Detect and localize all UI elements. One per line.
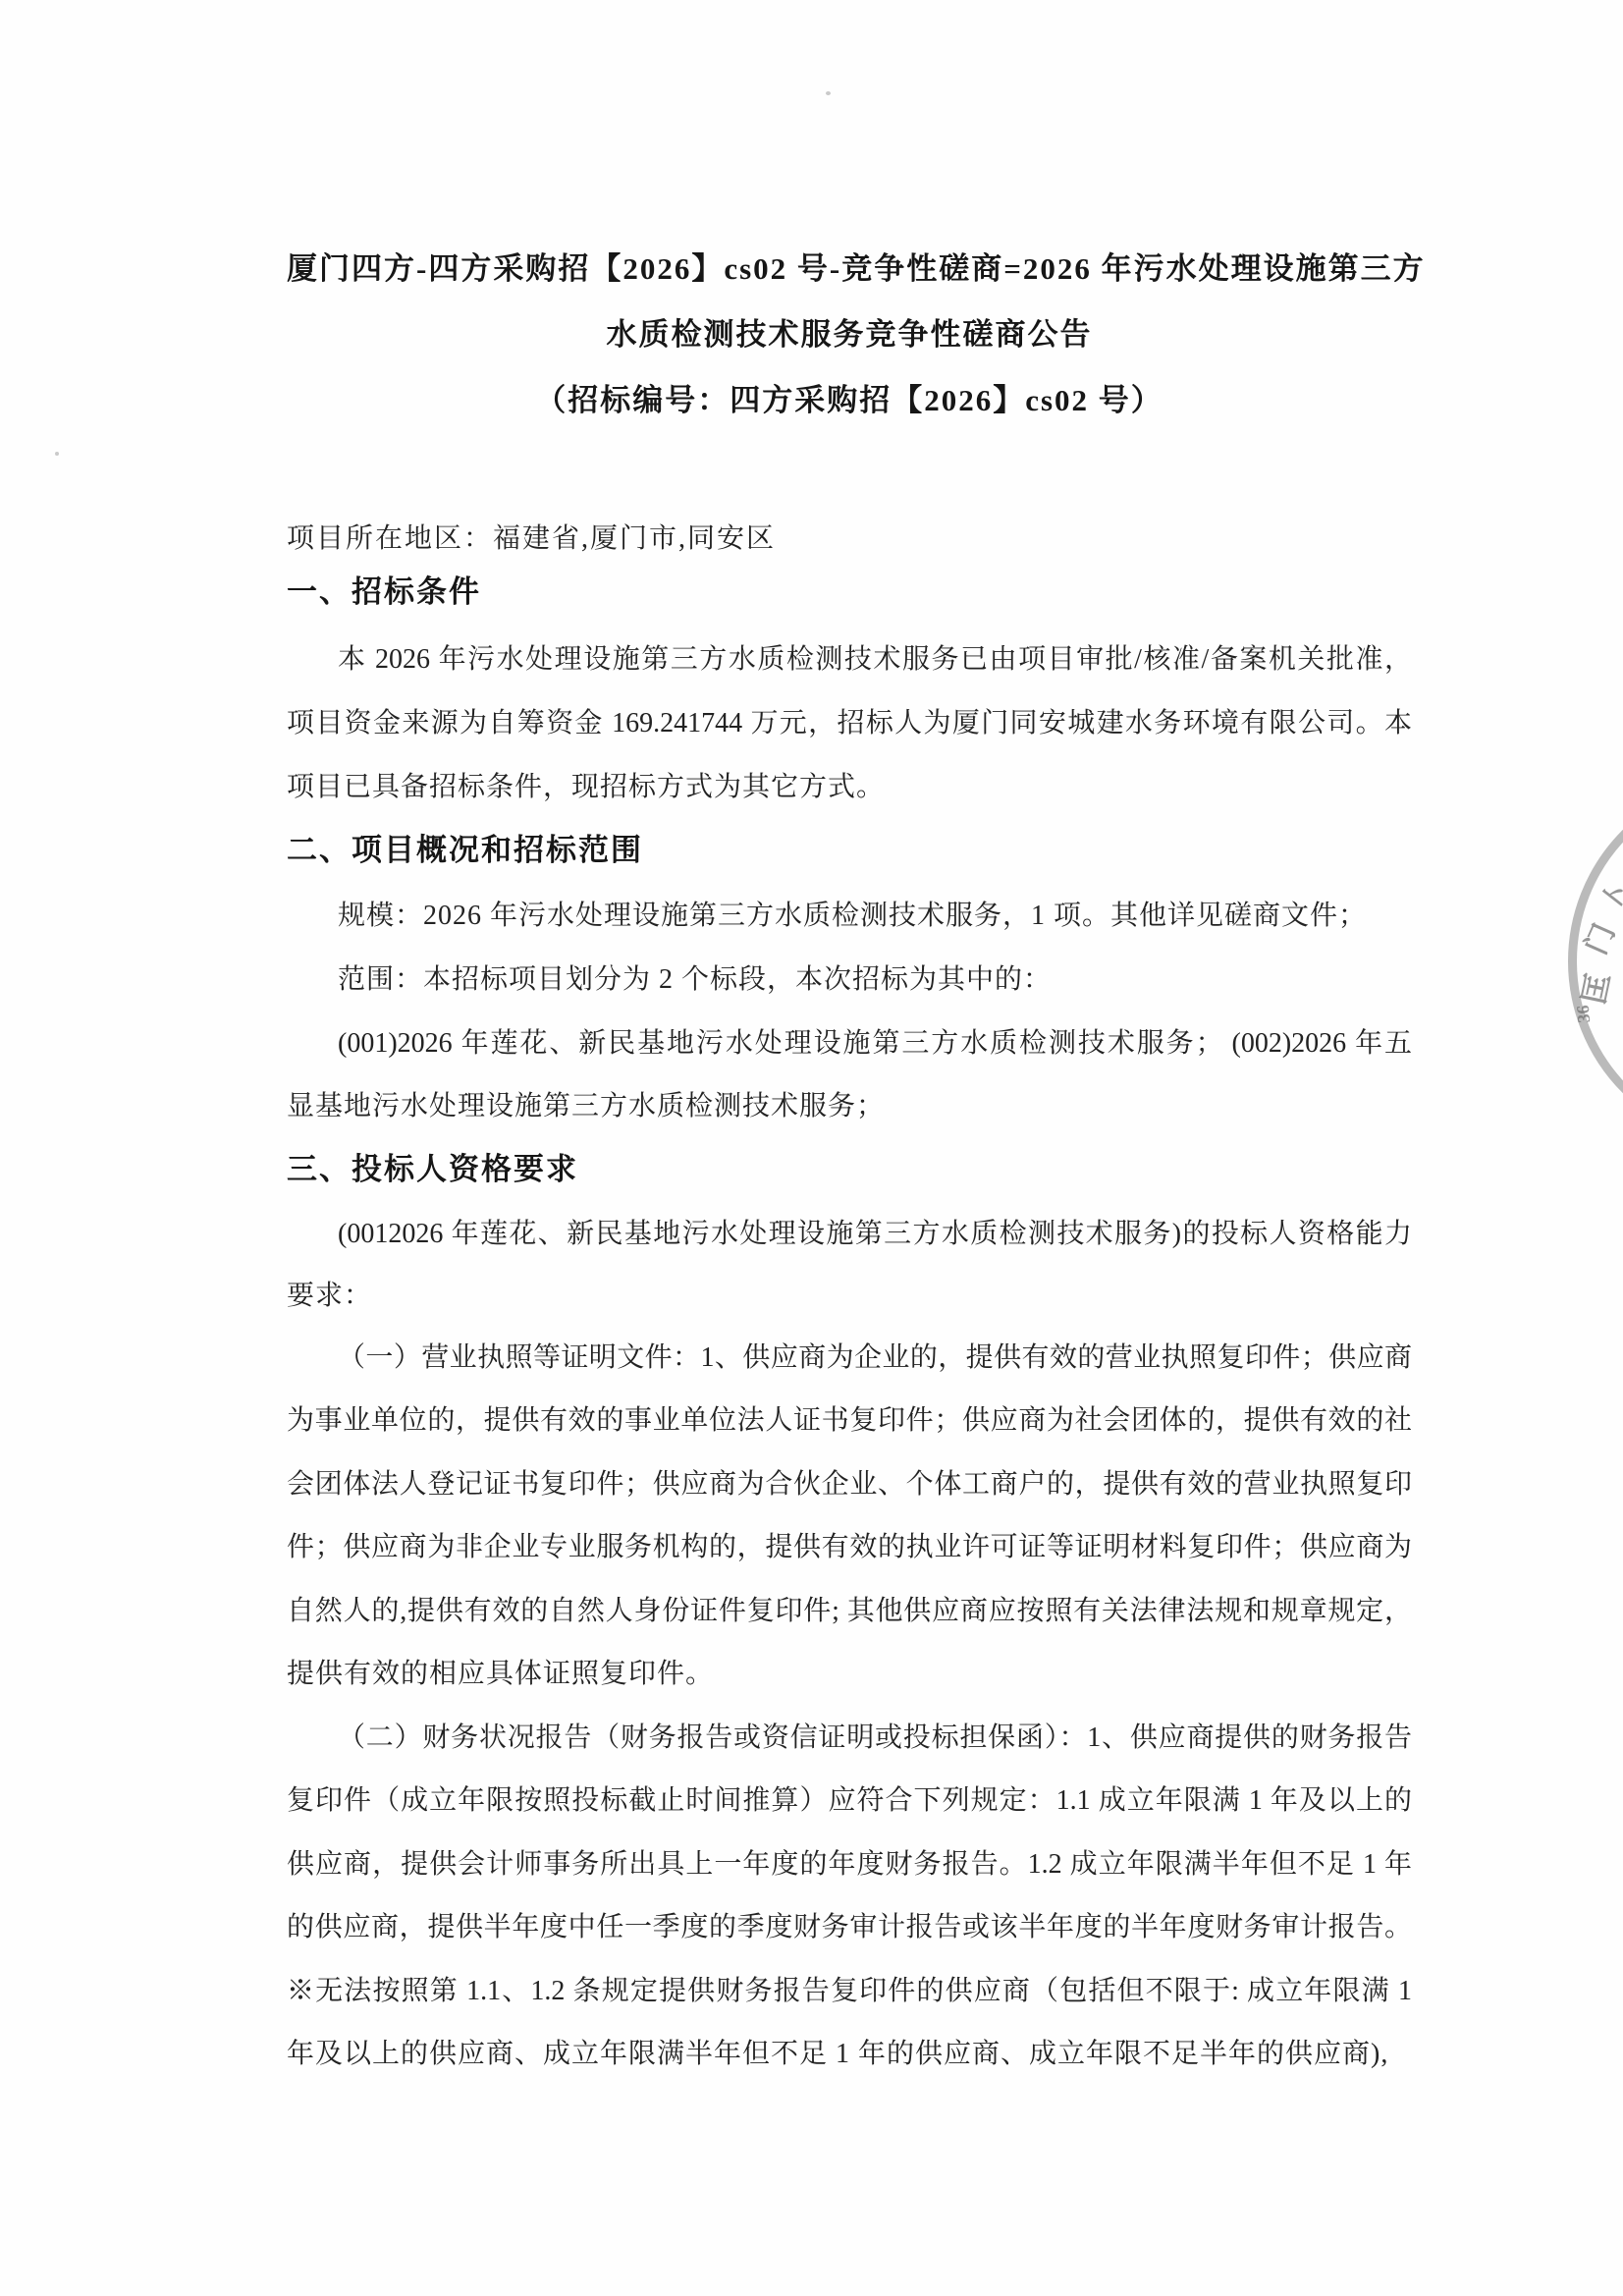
paragraph-line: ※无法按照第 1.1、1.2 条规定提供财务报告复印件的供应商（包括但不限于: … [287, 1974, 1412, 2009]
paragraph-line: 提供有效的相应具体证照复印件。 [287, 1657, 1412, 1692]
scan-speck [55, 452, 59, 456]
seal-ring [1568, 776, 1623, 1147]
paragraph-line: 规模：2026 年污水处理设施第三方水质检测技术服务，1 项。其他详见磋商文件； [287, 899, 1412, 934]
seal-glyph: 36 [1573, 1005, 1595, 1024]
document-title-line: （招标编号：四方采购招【2026】cs02 号） [287, 383, 1412, 418]
paragraph-line: 自然人的,提供有效的自然人身份证件复印件; 其他供应商应按照有关法律法规和规章规… [287, 1594, 1412, 1629]
paragraph-line: 会团体法人登记证书复印件；供应商为合伙企业、个体工商户的，提供有效的营业执照复印 [287, 1467, 1412, 1503]
scan-speck [826, 91, 831, 95]
paragraph-line: 范围：本招标项目划分为 2 个标段，本次招标为其中的： [287, 962, 1412, 998]
paragraph-line: 为事业单位的，提供有效的事业单位法人证书复印件；供应商为社会团体的，提供有效的社 [287, 1403, 1412, 1439]
project-location-line: 项目所在地区：福建省,厦门市,同安区 [287, 521, 1412, 557]
document-title-line: 水质检测技术服务竞争性磋商公告 [287, 317, 1412, 353]
paragraph-line: 供应商，提供会计师事务所出具上一年度的年度财务报告。1.2 成立年限满半年但不足… [287, 1847, 1412, 1883]
document-title-line: 厦门四方-四方采购招【2026】cs02 号-竞争性磋商=2026 年污水处理设… [287, 251, 1412, 287]
document-page: 厦门四方-四方采购招【2026】cs02 号-竞争性磋商=2026 年污水处理设… [0, 0, 1623, 2296]
paragraph-line: 复印件（成立年限按照投标截止时间推算）应符合下列规定：1.1 成立年限满 1 年… [287, 1783, 1412, 1819]
section-heading: 三、投标人资格要求 [287, 1152, 1412, 1187]
paragraph-line: (001)2026 年莲花、新民基地污水处理设施第三方水质检测技术服务； (00… [287, 1026, 1412, 1062]
section-heading: 二、项目概况和招标范围 [287, 833, 1412, 868]
section-heading: 一、招标条件 [287, 574, 1412, 610]
paragraph-line: 年及以上的供应商、成立年限满半年但不足 1 年的供应商、成立年限不足半年的供应商… [287, 2037, 1412, 2072]
paragraph-line: 项目资金来源为自筹资金 169.241744 万元，招标人为厦门同安城建水务环境… [287, 706, 1412, 741]
paragraph-line: (0012026 年莲花、新民基地污水处理设施第三方水质检测技术服务)的投标人资… [287, 1217, 1412, 1252]
paragraph-line: 本 2026 年污水处理设施第三方水质检测技术服务已由项目审批/核准/备案机关批… [287, 642, 1412, 678]
paragraph-line: （一）营业执照等证明文件：1、供应商为企业的，提供有效的营业执照复印件；供应商 [287, 1340, 1412, 1376]
paragraph-line: 显基地污水处理设施第三方水质检测技术服务； [287, 1089, 1412, 1124]
paragraph-line: 要求： [287, 1279, 1412, 1314]
paragraph-line: （二）财务状况报告（财务报告或资信证明或投标担保函）：1、供应商提供的财务报告 [287, 1721, 1412, 1756]
paragraph-line: 件；供应商为非企业专业服务机构的，提供有效的执业许可证等证明材料复印件；供应商为 [287, 1530, 1412, 1565]
paragraph-line: 的供应商，提供半年度中任一季度的季度财务审计报告或该半年度的半年度财务审计报告。 [287, 1910, 1412, 1945]
paragraph-line: 项目已具备招标条件，现招标方式为其它方式。 [287, 770, 1412, 805]
